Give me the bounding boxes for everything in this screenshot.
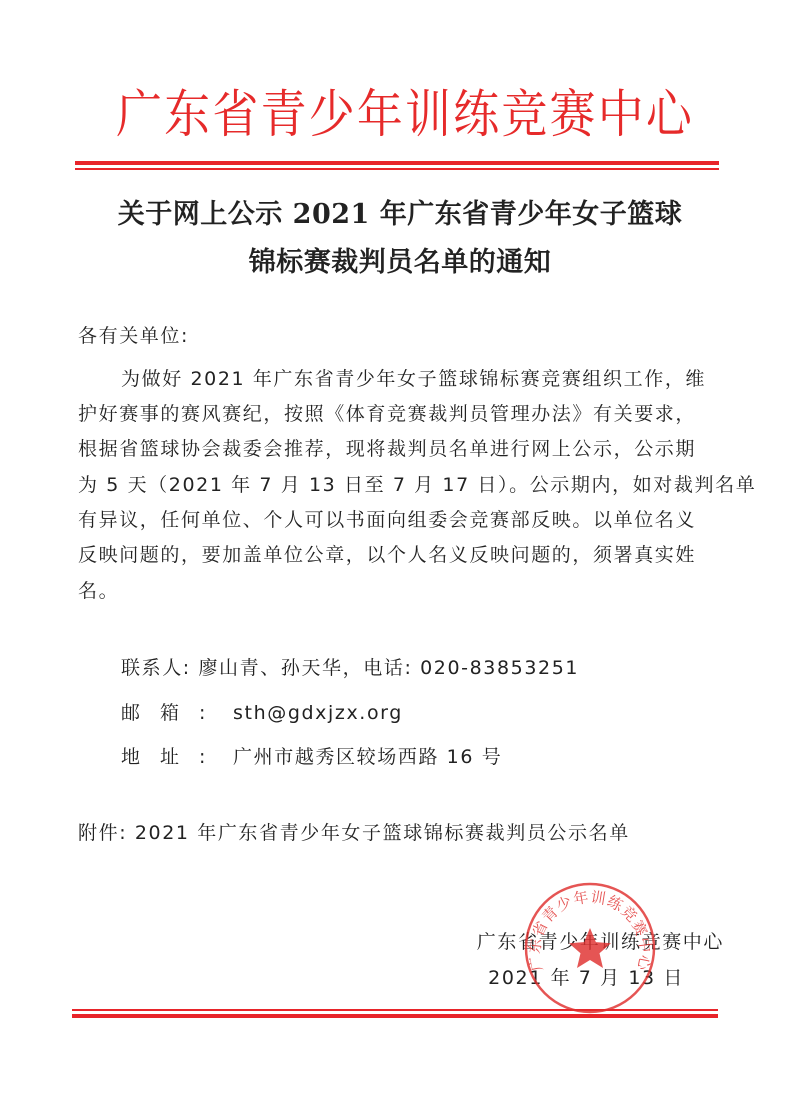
contact-email-value[interactable]: sth@gdxjzx.org: [233, 702, 403, 724]
paragraph-line: 根据省篮球协会裁委会推荐，现将裁判员名单进行网上公示，公示期: [78, 434, 718, 461]
salutation: 各有关单位:: [78, 321, 718, 348]
contact-person-row: 联系人: 廖山青、孙天华，电话: 020-83853251: [121, 653, 761, 680]
signature-organization: 广东省青少年训练竞赛中心: [477, 927, 724, 954]
footer-divider-thick: [72, 1014, 718, 1018]
organization-masthead: 广 东 省 青 少 年 训 练 竞 赛 中 心: [116, 78, 692, 150]
contact-address-row: 地址: 广州市越秀区较场西路 16 号: [121, 742, 761, 769]
contact-person-value: 廖山青、孙天华，电话: 020-83853251: [198, 657, 579, 679]
masthead-char: 训: [405, 78, 451, 150]
header-divider-thin: [75, 168, 719, 170]
document-title-line-2: 锦标赛裁判员名单的通知: [60, 240, 740, 279]
attachment-note[interactable]: 附件: 2021 年广东省青少年女子篮球锦标赛裁判员公示名单: [78, 818, 718, 845]
masthead-char: 年: [357, 78, 403, 150]
masthead-char: 东: [164, 78, 210, 150]
header-divider-thick: [75, 161, 719, 165]
masthead-char: 竞: [501, 78, 547, 150]
masthead-char: 省: [212, 78, 258, 150]
contact-person-label: 联系人:: [121, 653, 191, 680]
paragraph-line: 有异议，任何单位、个人可以书面向组委会竞赛部反映。以单位名义: [78, 505, 718, 532]
footer-divider-thin: [72, 1009, 718, 1011]
contact-email-row: 邮箱: sth@gdxjzx.org: [121, 698, 761, 725]
paragraph-line: 反映问题的，要加盖单位公章，以个人名义反映问题的，须署真实姓: [78, 540, 718, 567]
paragraph-line: 为 5 天（2021 年 7 月 13 日至 7 月 17 日）。公示期内，如对…: [78, 470, 718, 497]
masthead-char: 心: [646, 78, 692, 150]
masthead-char: 广: [116, 78, 162, 150]
contact-address-value: 广州市越秀区较场西路 16 号: [233, 746, 502, 768]
paragraph-line: 护好赛事的赛风赛纪，按照《体育竞赛裁判员管理办法》有关要求，: [78, 399, 718, 426]
document-title-line-1: 关于网上公示 2021 年广东省青少年女子篮球: [60, 192, 740, 231]
paragraph-line: 为做好 2021 年广东省青少年女子篮球锦标赛竞赛组织工作，维: [121, 364, 761, 391]
masthead-char: 练: [453, 78, 499, 150]
contact-address-label: 地址:: [121, 742, 225, 769]
signature-date: 2021 年 7 月 13 日: [488, 963, 684, 990]
masthead-char: 少: [309, 78, 355, 150]
contact-email-label: 邮箱:: [121, 698, 225, 725]
paragraph-line: 名。: [78, 576, 718, 603]
masthead-char: 青: [261, 78, 307, 150]
masthead-char: 赛: [550, 78, 596, 150]
masthead-char: 中: [598, 78, 644, 150]
